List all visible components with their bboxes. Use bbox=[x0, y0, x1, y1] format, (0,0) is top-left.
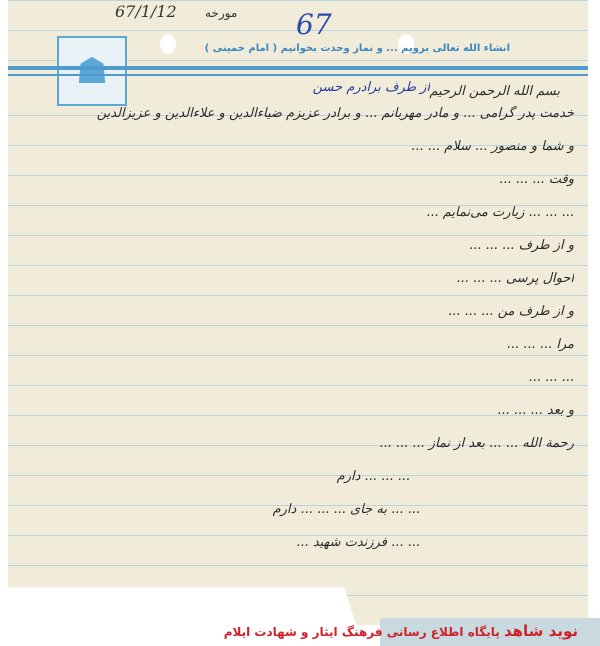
handwritten-line: و شما و منصور ... سلام ... ... bbox=[411, 139, 574, 154]
page-number: 67 bbox=[296, 8, 332, 41]
handwritten-line: ... ... ... زیارت می‌نمایم ... bbox=[426, 205, 574, 220]
handwritten-line: خدمت پدر گرامی ... و مادر مهربانم ... و … bbox=[97, 106, 574, 121]
handwritten-line: و از طرف من ... ... ... bbox=[448, 304, 574, 319]
from-line: از طرف برادرم حسن bbox=[313, 80, 430, 95]
handwritten-line: رحمة الله ... ... بعد از نماز ... ... ..… bbox=[379, 436, 574, 451]
letterhead-text: انشاء الله تعالی برویم ... و نماز وحدت ب… bbox=[205, 43, 510, 54]
brand-logo: نوید شاهد bbox=[504, 622, 578, 640]
footer-caption: نوید شاهد پایگاه اطلاع رسانی فرهنگ ایثار… bbox=[224, 622, 578, 640]
footer-text: پایگاه اطلاع رسانی فرهنگ ایثار و شهادت ا… bbox=[224, 625, 500, 639]
letter-date: 67/1/12 bbox=[115, 2, 177, 21]
handwritten-line: و از طرف ... ... ... bbox=[469, 238, 574, 253]
punch-hole bbox=[160, 34, 176, 54]
handwritten-line: و بعد ... ... ... bbox=[497, 403, 574, 418]
handwritten-line: ... ... ... bbox=[529, 370, 574, 385]
handwritten-line: مرا ... ... ... bbox=[507, 337, 574, 352]
handwritten-line: وقت ... ... ... bbox=[499, 172, 574, 187]
handwritten-line: ... ... فرزندت شهید ... bbox=[296, 535, 420, 550]
handwritten-line: احوال پرسی ... ... ... bbox=[456, 271, 574, 286]
handwritten-line: ... ... ... دارم bbox=[337, 469, 410, 484]
letterhead-band bbox=[8, 74, 588, 76]
salutation: بسم الله الرحمن الرحیم bbox=[429, 84, 560, 99]
letterhead-band bbox=[8, 66, 588, 70]
date-label: مورخه bbox=[205, 6, 237, 20]
portrait-icon: ☗ bbox=[57, 36, 127, 106]
handwritten-line: ... ... به جای ... ... ... دارم bbox=[273, 502, 420, 517]
